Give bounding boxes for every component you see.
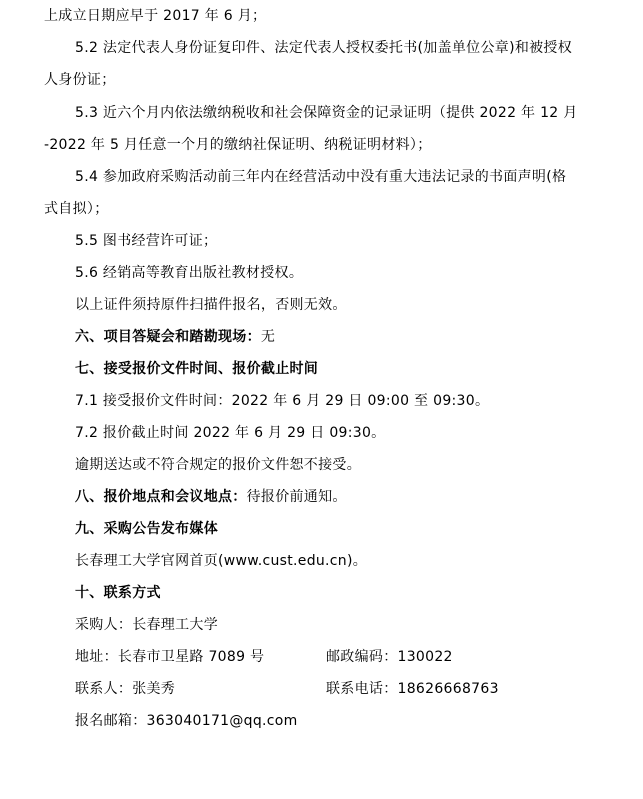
section-heading: 七、接受报价文件时间、报价截止时间 [75,359,318,379]
section-heading: 十、联系方式 [75,583,161,603]
text-line: 7.2 报价截止时间 2022 年 6 月 29 日 09:30。 [75,423,385,443]
purchaser-text: 采购人：长春理工大学 [75,615,218,635]
text-line: -2022 年 5 月任意一个月的缴纳社保证明、纳税证明材料）； [44,135,432,155]
text-line: 7.1 接受报价文件时间：2022 年 6 月 29 日 09:00 至 09:… [75,391,489,411]
text-line: 上成立日期应早于 2017 年 6 月； [44,6,266,26]
section-heading: 九、采购公告发布媒体 [75,519,218,539]
text-line: 5.5 图书经营许可证； [75,231,217,251]
section-6: 六、项目答疑会和踏勘现场：无 [75,327,275,347]
section-value: 无 [261,329,275,345]
text-line: 式自拟）； [44,199,109,219]
address-text: 地址：长春市卫星路 7089 号 [75,647,264,667]
website-text: 长春理工大学官网首页(www.cust.edu.cn)。 [75,551,367,571]
text-line: 5.2 法定代表人身份证复印件、法定代表人授权委托书(加盖单位公章)和被授权 [75,38,572,58]
text-line: 以上证件须持原件扫描件报名，否则无效。 [75,295,347,315]
email-text: 报名邮箱：363040171@qq.com [75,711,298,731]
text-line: 5.4 参加政府采购活动前三年内在经营活动中没有重大违法记录的书面声明(格 [75,167,566,187]
section-value: 待报价前通知。 [247,489,347,505]
postcode-text: 邮政编码：130022 [326,647,453,667]
text-line: 逾期送达或不符合规定的报价文件恕不接受。 [75,455,361,475]
text-line: 人身份证； [44,70,116,90]
section-8: 八、报价地点和会议地点：待报价前通知。 [75,487,347,507]
text-line: 5.6 经销高等教育出版社教材授权。 [75,263,303,283]
section-heading: 六、项目答疑会和踏勘现场： [75,329,261,345]
phone-text: 联系电话：18626668763 [326,679,499,699]
section-heading: 八、报价地点和会议地点： [75,489,247,505]
contact-person-text: 联系人：张美秀 [75,679,175,699]
text-line: 5.3 近六个月内依法缴纳税收和社会保障资金的记录证明（提供 2022 年 12… [75,103,578,123]
document-page: 上成立日期应早于 2017 年 6 月； 5.2 法定代表人身份证复印件、法定代… [0,0,643,799]
